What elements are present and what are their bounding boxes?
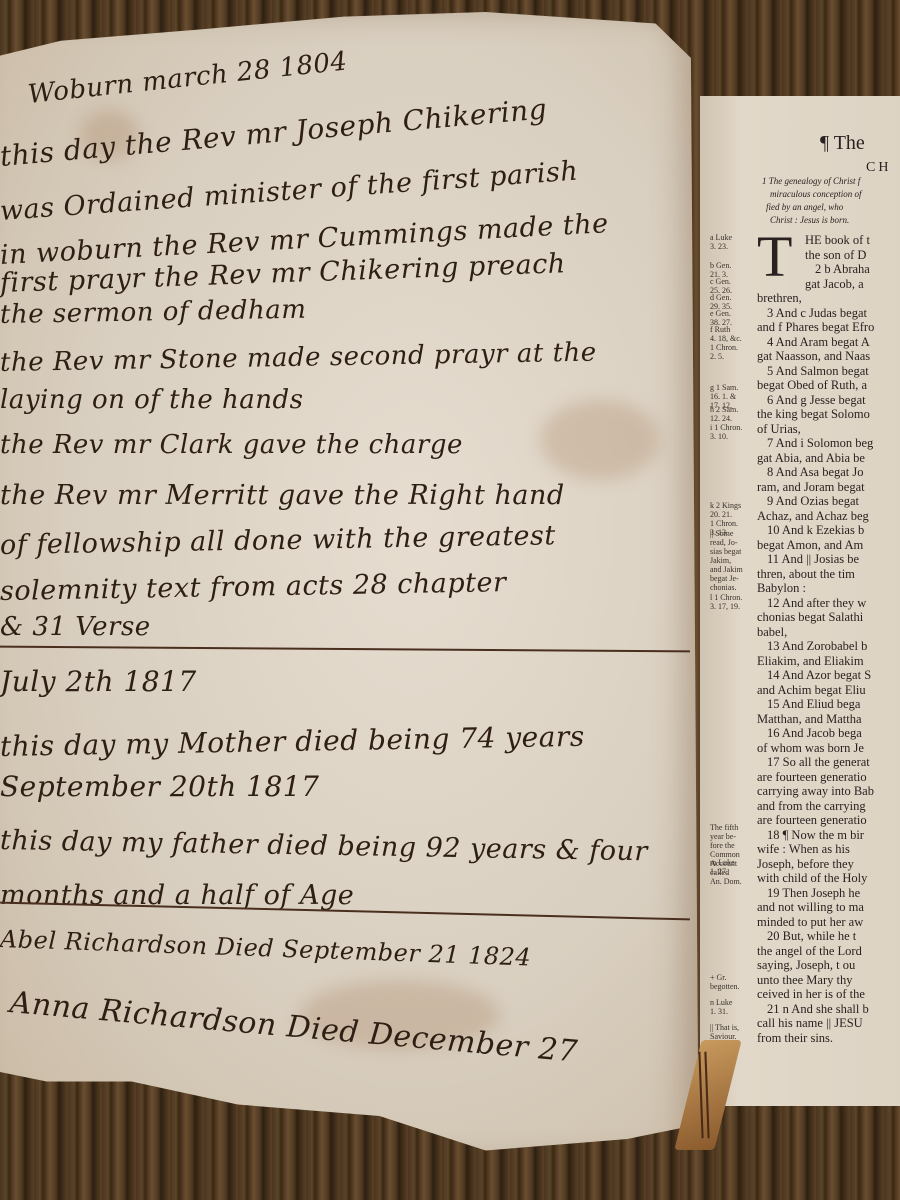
verse-line: call his name || JESU: [757, 1016, 863, 1031]
verse-line: Achaz, and Achaz beg: [757, 509, 869, 524]
hw-line: & 31 Verse: [0, 612, 151, 642]
verse-line: are fourteen generatio: [757, 813, 867, 828]
margin-note: i 1 Chron. 3. 10.: [710, 423, 742, 441]
verse-line: 8 And Asa begat Jo: [767, 465, 864, 480]
verse-line: 9 And Ozias begat: [767, 494, 859, 509]
verse-line: thren, about the tim: [757, 567, 855, 582]
verse-line: are fourteen generatio: [757, 770, 867, 785]
verse-line: 7 And i Solomon beg: [767, 436, 873, 451]
margin-note: l 1 Chron. 3. 17, 19.: [710, 593, 742, 611]
verse-line: 2 b Abraha: [815, 262, 870, 277]
hw-line: laying on of the hands: [0, 385, 304, 415]
verse-line: gat Jacob, a: [805, 277, 864, 292]
hw-line: the sermon of dedham: [0, 295, 307, 330]
verse-line: begat Obed of Ruth, a: [757, 378, 867, 393]
summary-line: 1 The genealogy of Christ f: [762, 176, 860, 186]
chapter-heading: CH: [866, 160, 891, 176]
verse-line: 18 ¶ Now the m bir: [767, 828, 864, 843]
verse-line: brethren,: [757, 291, 802, 306]
summary-line: miraculous conception of: [770, 189, 862, 199]
hw-line: July 2th 1817: [0, 665, 197, 698]
hw-line: September 20th 1817: [0, 770, 319, 803]
verse-line: saying, Joseph, t ou: [757, 958, 855, 973]
margin-note: m Luke 1. 27.: [710, 858, 735, 876]
verse-line: Babylon :: [757, 581, 806, 596]
verse-line: and not willing to ma: [757, 900, 864, 915]
verse-line: begat Amon, and Am: [757, 538, 863, 553]
margin-note: a Luke 3. 23.: [710, 233, 732, 251]
verse-line: of Urias,: [757, 422, 801, 437]
verse-line: from their sins.: [757, 1031, 833, 1046]
verse-line: 17 So all the generat: [767, 755, 870, 770]
verse-line: 3 And c Judas begat: [767, 306, 867, 321]
verse-line: 19 Then Joseph he: [767, 886, 860, 901]
verse-line: 16 And Jacob bega: [767, 726, 862, 741]
verse-line: and from the carrying: [757, 799, 866, 814]
verse-line: 6 And g Jesse begat: [767, 393, 866, 408]
margin-note: h 2 Sam. 12. 24.: [710, 405, 738, 423]
verse-line: 15 And Eliud bega: [767, 697, 860, 712]
margin-note: || Some read, Jo- sias begat Jakim, and …: [710, 529, 743, 592]
hw-line: the Rev mr Merritt gave the Right hand: [0, 480, 565, 511]
verse-line: of whom was born Je: [757, 741, 864, 756]
photo-scene: Woburn march 28 1804 this day the Rev mr…: [0, 0, 900, 1200]
verse-line: ceived in her is of the: [757, 987, 865, 1002]
verse-line: the king begat Solomo: [757, 407, 870, 422]
verse-line: carrying away into Bab: [757, 784, 874, 799]
verse-line: wife : When as his: [757, 842, 850, 857]
verse-line: 20 But, while he t: [767, 929, 856, 944]
verse-line: Matthan, and Mattha: [757, 712, 862, 727]
verse-line: the son of D: [805, 248, 866, 263]
verse-line: with child of the Holy: [757, 871, 867, 886]
summary-line: fied by an angel, who: [766, 202, 843, 212]
verse-line: babel,: [757, 625, 787, 640]
verse-line: 11 And || Josias be: [767, 552, 859, 567]
margin-note: n Luke 1. 31.: [710, 998, 732, 1016]
verse-line: 14 And Azor begat S: [767, 668, 871, 683]
verse-line: and Achim begat Eliu: [757, 683, 866, 698]
hw-line: the Rev mr Clark gave the charge: [0, 430, 463, 460]
verse-line: 21 n And she shall b: [767, 1002, 869, 1017]
verse-line: gat Abia, and Abia be: [757, 451, 865, 466]
verse-line: chonias begat Salathi: [757, 610, 863, 625]
paper-stain: [540, 400, 660, 480]
verse-line: HE book of t: [805, 233, 870, 248]
verse-line: gat Naasson, and Naas: [757, 349, 870, 364]
verse-line: Eliakim, and Eliakim: [757, 654, 864, 669]
margin-note: + Gr. begotten.: [710, 973, 740, 991]
verse-line: 5 And Salmon begat: [767, 364, 869, 379]
margin-note: The fifth year be- fore the Common Accou…: [710, 823, 742, 886]
verse-line: the angel of the Lord: [757, 944, 862, 959]
verse-line: 4 And Aram begat A: [767, 335, 870, 350]
verse-line: minded to put her aw: [757, 915, 863, 930]
verse-line: and f Phares begat Efro: [757, 320, 874, 335]
verse-line: Joseph, before they: [757, 857, 854, 872]
verse-line: 10 And k Ezekias b: [767, 523, 864, 538]
book-heading: ¶ The: [820, 132, 865, 155]
verse-line: ram, and Joram begat: [757, 480, 865, 495]
margin-note: f Ruth 4. 18, &c. 1 Chron. 2. 5.: [710, 325, 742, 361]
drop-cap: T: [757, 228, 792, 286]
margin-note: || That is, Saviour.: [710, 1023, 739, 1041]
verse-line: unto thee Mary thy: [757, 973, 852, 988]
verse-line: 13 And Zorobabel b: [767, 639, 867, 654]
verse-line: 12 And after they w: [767, 596, 866, 611]
